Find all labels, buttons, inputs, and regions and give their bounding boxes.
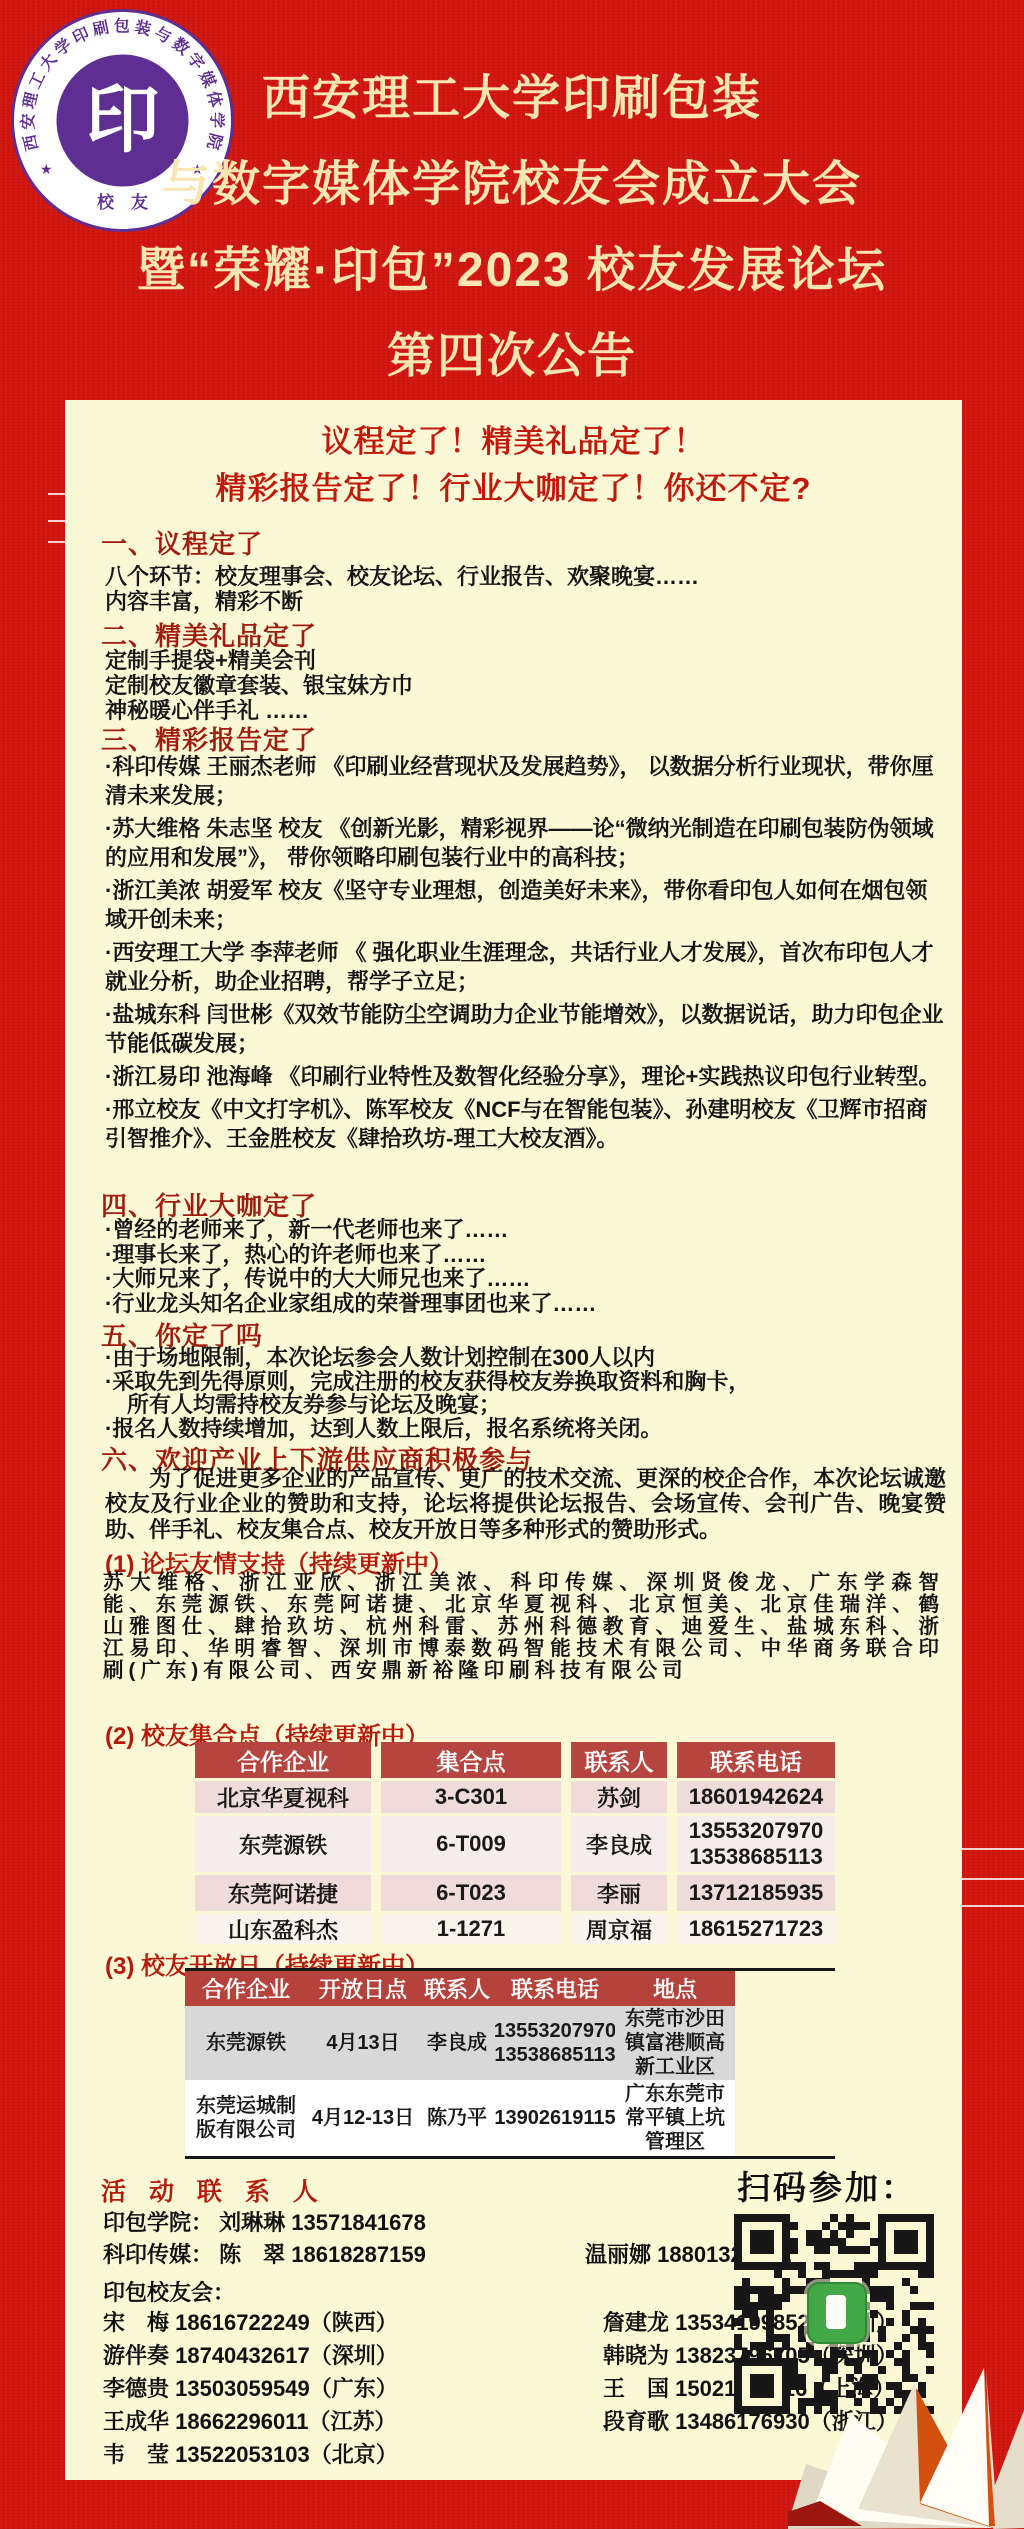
- title-line-4: 第四次公告: [0, 314, 1024, 400]
- guest-bullet: ·行业龙头知名企业家组成的荣誉理事团也来了……: [105, 1292, 946, 1317]
- wechat-icon-glyph: [826, 2295, 846, 2329]
- edge-tick: [48, 541, 66, 543]
- column-header: 联系人: [419, 1971, 495, 2006]
- guest-bullet: ·理事长来了，热心的许老师也来了……: [105, 1243, 946, 1268]
- table-cell: 东莞市沙田 镇富港顺高 新工业区: [615, 2006, 735, 2080]
- table-cell: 广东东莞市 常平镇上坑 管理区: [615, 2080, 735, 2156]
- section-1-line: 八个环节：校友理事会、校友论坛、行业报告、欢聚晚宴……: [105, 564, 946, 589]
- report-bullet: ·西安理工大学 李萍老师 《 强化职业生涯理念，共话行业人才发展》，首次布印包人…: [105, 938, 946, 996]
- table-cell: 李良成: [419, 2006, 495, 2080]
- alumni-contact: 宋 梅 18616722249（陕西）: [103, 2310, 398, 2335]
- column-header: 开放日点: [307, 1971, 419, 2006]
- table-cell: 山东盈科杰: [195, 1914, 371, 1944]
- table-cell: 东莞运城制 版有限公司: [185, 2080, 307, 2156]
- table-cell: 13553207970 13538685113: [495, 2006, 615, 2080]
- contacts-title: 活 动 联 系 人: [101, 2172, 326, 2208]
- table-cell: 陈乃平: [419, 2080, 495, 2156]
- table-cell: 李丽: [571, 1875, 667, 1911]
- table-cell: 苏剑: [571, 1781, 667, 1813]
- table-cell: 东莞源铁: [195, 1816, 371, 1872]
- column-header: 集合点: [381, 1742, 561, 1778]
- announcement-card: 议程定了！精美礼品定了！ 精彩报告定了！行业大咖定了！你还不定? 一、议程定了 …: [65, 400, 962, 2480]
- contact-line-college: 印包学院： 刘琳琳 13571841678: [103, 2206, 426, 2237]
- alumni-contact: 李德贵 13503059549（广东）: [103, 2376, 398, 2401]
- table-cell: 18615271723: [677, 1914, 835, 1944]
- edge-line: [962, 1905, 1024, 1907]
- title-line-3: 暨“荣耀·印包”2023 校友发展论坛: [0, 228, 1024, 314]
- section-1-body: 八个环节：校友理事会、校友论坛、行业报告、欢聚晚宴…… 内容丰富，精彩不断: [105, 564, 946, 614]
- report-bullet: ·浙江易印 池海峰 《印刷行业特性及数智化经验分享》，理论+实践热议印包行业转型…: [105, 1062, 946, 1091]
- column-header: 联系电话: [677, 1742, 835, 1778]
- signup-bullet: ·采取先到先得原则，完成注册的校友获得校友券换取资料和胸卡， 所有人均需持校友券…: [105, 1370, 946, 1417]
- section-1-line: 内容丰富，精彩不断: [105, 589, 946, 614]
- gather-points-table: 合作企业 集合点 联系人 联系电话 北京华夏视科 3-C301 苏剑 18601…: [195, 1742, 837, 1944]
- table-cell: 1-1271: [381, 1914, 561, 1944]
- section-1-title: 一、议程定了: [101, 524, 263, 561]
- column-header: 地点: [615, 1971, 735, 2006]
- sponsor-paragraph: 为了促进更多企业的产品宣传、更广的技术交流、更深的校企合作，本次论坛诚邀校友及行…: [105, 1466, 946, 1542]
- edge-line: [962, 1878, 1024, 1880]
- intro-line-2: 精彩报告定了！行业大咖定了！你还不定?: [65, 465, 962, 512]
- section-2-body: 定制手提袋+精美会刊 定制校友徽章套装、银宝妹方巾 神秘暖心伴手礼 ……: [105, 648, 946, 723]
- contact-label: 印包校友会：: [103, 2280, 235, 2305]
- table-cell: 东莞阿诺捷: [195, 1875, 371, 1911]
- intro-line-1: 议程定了！精美礼品定了！: [65, 418, 962, 465]
- announcement-poster: 西安理工大学印刷包装与数字媒体学院 ★ ★ 校 友 印 西安理工大学印刷包装 与…: [0, 0, 1024, 2529]
- table-cell: 13712185935: [677, 1875, 835, 1911]
- book-svg: [788, 2368, 1024, 2529]
- table-cell: 18601942624: [677, 1781, 835, 1813]
- alumni-contact: 王成华 18662296011（江苏）: [103, 2409, 397, 2434]
- section-5-body: ·由于场地限制，本次论坛参会人数计划控制在300人以内 ·采取先到先得原则，完成…: [105, 1346, 946, 1440]
- alumni-contact: 韦 莹 13522053103（北京）: [103, 2442, 398, 2467]
- signup-bullet: ·报名人数持续增加，达到人数上限后，报名系统将关闭。: [105, 1417, 946, 1441]
- edge-tick: [48, 493, 66, 495]
- edge-line: [962, 1848, 1024, 1850]
- contact-label: 科印传媒：: [103, 2242, 213, 2267]
- section-4-body: ·曾经的老师来了，新一代老师也来了…… ·理事长来了，热心的许老师也来了…… ·…: [105, 1218, 946, 1316]
- supporter-companies: 苏大维格、浙江亚欣、浙江美浓、科印传媒、深圳贤俊龙、广东学森智能、东莞源铁、东莞…: [103, 1572, 944, 1682]
- poster-title-block: 西安理工大学印刷包装 与数字媒体学院校友会成立大会 暨“荣耀·印包”2023 校…: [0, 56, 1024, 400]
- scan-to-join-label: 扫码参加：: [737, 2162, 917, 2209]
- guest-bullet: ·曾经的老师来了，新一代老师也来了……: [105, 1218, 946, 1243]
- report-bullet: ·邢立校友《中文打字机》、陈军校友《NCF与在智能包装》、孙建明校友《卫辉市招商…: [105, 1095, 946, 1153]
- report-bullet: ·浙江美浓 胡爱军 校友《坚守专业理想，创造美好未来》，带你看印包人如何在烟包领…: [105, 876, 946, 934]
- section-2-line: 定制手提袋+精美会刊: [105, 648, 946, 673]
- contact-value: 刘琳琳 13571841678: [219, 2210, 426, 2235]
- table-cell: 3-C301: [381, 1781, 561, 1813]
- wechat-green-icon: [807, 2282, 867, 2344]
- signup-bullet: ·由于场地限制，本次论坛参会人数计划控制在300人以内: [105, 1346, 946, 1370]
- table-cell: 6-T023: [381, 1875, 561, 1911]
- guest-bullet: ·大师兄来了，传说中的大大师兄也来了……: [105, 1267, 946, 1292]
- report-bullet: ·苏大维格 朱志坚 校友 《创新光影，精彩视界——论“微纳光制造在印刷包装防伪领…: [105, 814, 946, 872]
- open-book-decoration: [788, 2368, 1024, 2529]
- column-header: 合作企业: [185, 1971, 307, 2006]
- table-cell: 4月13日: [307, 2006, 419, 2080]
- intro-slogan: 议程定了！精美礼品定了！ 精彩报告定了！行业大咖定了！你还不定?: [65, 418, 962, 512]
- column-header: 联系电话: [495, 1971, 615, 2006]
- table-cell: 北京华夏视科: [195, 1781, 371, 1813]
- title-line-2: 与数字媒体学院校友会成立大会: [0, 142, 1024, 228]
- section-3-body: ·科印传媒 王丽杰老师 《印刷业经营现状及发展趋势》， 以数据分析行业现状，带你…: [105, 752, 946, 1157]
- table-cell: 周京福: [571, 1914, 667, 1944]
- table-cell: 6-T009: [381, 1816, 561, 1872]
- table-cell: 13553207970 13538685113: [677, 1816, 835, 1872]
- section-2-line: 定制校友徽章套装、银宝妹方巾: [105, 673, 946, 698]
- contact-value: 陈 翠 18618287159: [219, 2242, 426, 2267]
- table-cell: 东莞源铁: [185, 2006, 307, 2080]
- report-bullet: ·盐城东科 闫世彬《双效节能防尘空调助力企业节能增效》，以数据说话，助力印包企业…: [105, 1000, 946, 1058]
- column-header: 联系人: [571, 1742, 667, 1778]
- table-cell: 13902619115: [495, 2080, 615, 2156]
- alumni-contact: 游伴奏 18740432617（深圳）: [103, 2343, 398, 2368]
- edge-tick: [48, 520, 66, 522]
- title-line-1: 西安理工大学印刷包装: [0, 56, 1024, 142]
- open-day-table: 合作企业 开放日点 联系人 联系电话 地点 东莞源铁 4月13日 李良成 135…: [185, 1968, 835, 2159]
- table-cell: 4月12-13日: [307, 2080, 419, 2156]
- contact-line-alumni-label: 印包校友会：: [103, 2276, 235, 2307]
- table-cell: 李良成: [571, 1816, 667, 1872]
- report-bullet: ·科印传媒 王丽杰老师 《印刷业经营现状及发展趋势》， 以数据分析行业现状，带你…: [105, 752, 946, 810]
- contact-label: 印包学院：: [103, 2210, 213, 2235]
- column-header: 合作企业: [195, 1742, 371, 1778]
- contact-line-media: 科印传媒： 陈 翠 18618287159 温丽娜 18801327992: [103, 2238, 426, 2269]
